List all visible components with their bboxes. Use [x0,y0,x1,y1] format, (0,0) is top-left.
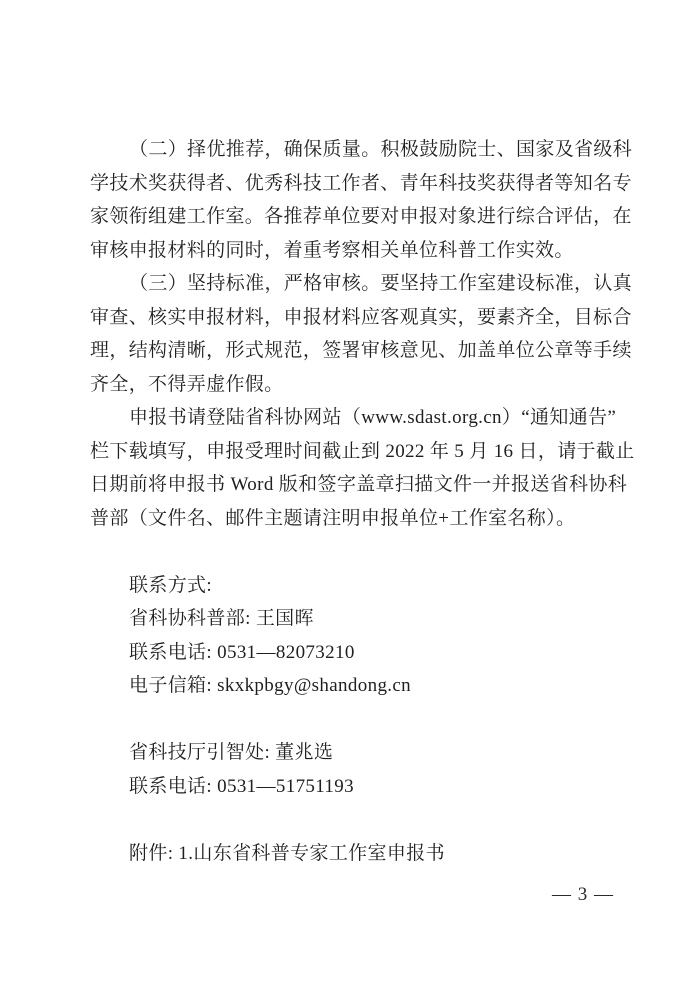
contact-heading: 联系方式: [90,569,614,603]
attachments-line: 附件: 1.山东省科普专家工作室申报书 [90,837,614,871]
para-submission-line-2: 栏下载填写，申报受理时间截止到 2022 年 5 月 16 日，请于截止 [90,435,614,469]
contact-skx-email: 电子信箱: skxkpbgy@shandong.cn [90,669,614,703]
para-standards-line-1: （三）坚持标准，严格审核。要坚持工作室建设标准，认真 [90,267,614,301]
para-recommend-line-3: 家领衔组建工作室。各推荐单位要对申报对象进行综合评估，在 [90,200,614,234]
para-submission-line-4: 普部（文件名、邮件主题请注明申报单位+工作室名称）。 [90,502,614,536]
page-number: — 3 — [90,884,614,906]
contact-skx-department: 省科协科普部: 王国晖 [90,602,614,636]
para-recommend-line-1: （二）择优推荐，确保质量。积极鼓励院士、国家及省级科 [90,133,614,167]
blank-line [90,803,614,837]
blank-line [90,703,614,737]
contact-kjt-department: 省科技厅引智处: 董兆选 [90,736,614,770]
para-recommend-line-4: 审核申报材料的同时，着重考察相关单位科普工作实效。 [90,234,614,268]
para-recommend-line-2: 学技术奖获得者、优秀科技工作者、青年科技奖获得者等知名专 [90,167,614,201]
para-standards-line-2: 审查、核实申报材料，申报材料应客观真实，要素齐全，目标合 [90,301,614,335]
para-standards-line-4: 齐全，不得弄虚作假。 [90,368,614,402]
document-body: （二）择优推荐，确保质量。积极鼓励院士、国家及省级科 学技术奖获得者、优秀科技工… [90,133,614,870]
contact-skx-phone: 联系电话: 0531—82073210 [90,636,614,670]
para-submission-line-1: 申报书请登陆省科协网站（www.sdast.org.cn）“通知通告” [90,401,614,435]
para-submission-line-3: 日期前将申报书 Word 版和签字盖章扫描文件一并报送省科协科 [90,468,614,502]
contact-kjt-phone: 联系电话: 0531—51751193 [90,770,614,804]
blank-line [90,535,614,569]
para-standards-line-3: 理，结构清晰，形式规范，签署审核意见、加盖单位公章等手续 [90,334,614,368]
document-page: （二）择优推荐，确保质量。积极鼓励院士、国家及省级科 学技术奖获得者、优秀科技工… [0,0,700,989]
